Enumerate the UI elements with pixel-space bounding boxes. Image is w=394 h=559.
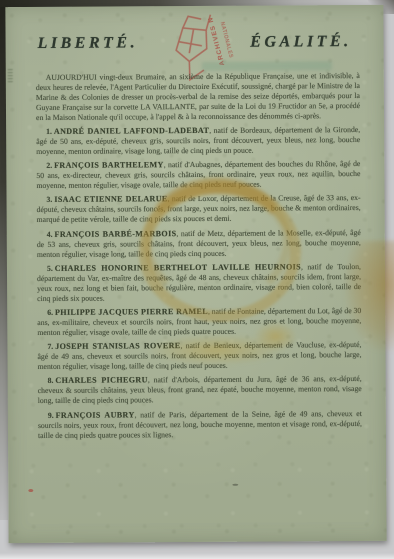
entry-number: 6. — [47, 308, 53, 317]
deportee-name: PHILIPPE JACQUES PIERRE RAMEL — [55, 307, 208, 317]
photo-background: LIBERTÉ. ÉGALITÉ. ARCHIVES N NATIONALES … — [0, 0, 394, 559]
deportee-entry: 8.CHARLES PICHEGRU, natif d'Arbois, dépa… — [38, 374, 362, 406]
deportee-entry: 2.FRANÇOIS BARTHELEMY, natif d'Aubagnes,… — [36, 159, 360, 191]
entry-number: 3. — [47, 195, 53, 204]
deportee-entry: 1.ANDRÉ DANIEL LAFFOND-LADEBAT, natif de… — [36, 125, 360, 157]
deportee-name: FRANÇOIS BARBÉ-MARBOIS — [54, 229, 176, 239]
deportee-name: FRANÇOIS AUBRY — [56, 410, 135, 419]
entry-number: 7. — [47, 342, 53, 351]
document-page: LIBERTÉ. ÉGALITÉ. ARCHIVES N NATIONALES … — [5, 5, 386, 543]
motto-egalite: ÉGALITÉ. — [250, 33, 351, 52]
document-body: AUJOURD'HUI vingt-deux Brumaire, an sixi… — [36, 71, 362, 445]
deportee-name: CHARLES HONORINE BERTHELOT LAVILLE HEURN… — [55, 262, 301, 273]
deportee-name: JOSEPH STANISLAS ROVERE — [55, 341, 180, 351]
deportee-entry: 6.PHILIPPE JACQUES PIERRE RAMEL, natif d… — [37, 306, 361, 338]
red-speck — [28, 489, 33, 492]
entry-number: 1. — [46, 127, 52, 136]
deportee-name: ANDRÉ DANIEL LAFFOND-LADEBAT — [54, 126, 209, 136]
deportee-entry: 5.CHARLES HONORINE BERTHELOT LAVILLE HEU… — [37, 262, 361, 304]
motto-liberte: LIBERTÉ. — [38, 34, 139, 53]
dark-speck — [232, 484, 238, 486]
deportee-entry: 9.FRANÇOIS AUBRY, natif de Paris, départ… — [38, 409, 362, 441]
entry-number: 8. — [48, 376, 54, 385]
deportee-entry: 4.FRANÇOIS BARBÉ-MARBOIS, natif de Metz,… — [37, 228, 361, 260]
deportee-entry: 3.ISAAC ETIENNE DELARUE, natif de Loxor,… — [37, 193, 361, 225]
entry-number: 2. — [46, 161, 52, 170]
entry-number: 5. — [47, 264, 53, 273]
deportee-name: CHARLES PICHEGRU — [55, 376, 147, 386]
deportee-name: ISAAC ETIENNE DELARUE — [54, 195, 167, 205]
deportee-entry: 7.JOSEPH STANISLAS ROVERE, natif de Beni… — [37, 340, 361, 372]
entry-number: 9. — [48, 411, 54, 420]
margin-marks — [8, 69, 13, 83]
intro-paragraph: AUJOURD'HUI vingt-deux Brumaire, an sixi… — [36, 71, 360, 123]
photo-edge-bottom — [0, 553, 394, 559]
entry-number: 4. — [47, 230, 53, 239]
deportee-name: FRANÇOIS BARTHELEMY — [54, 160, 164, 170]
